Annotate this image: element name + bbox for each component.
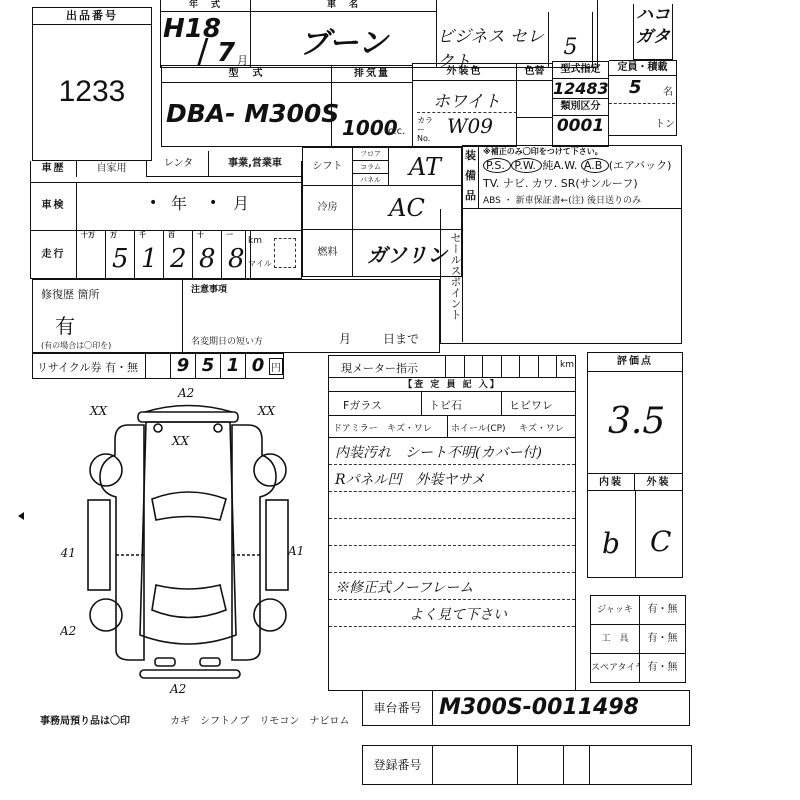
- office-label: 事務局預り品は〇印: [40, 712, 130, 727]
- capacity-label: 定員・積載: [609, 61, 676, 76]
- equipment-item: A.B: [581, 158, 609, 173]
- mileage-digit: 千1: [135, 230, 164, 279]
- category-label: 類別区分: [553, 98, 608, 116]
- remark-line: [329, 519, 575, 546]
- load-unit: トン: [655, 115, 675, 130]
- recycle-label: リサイクル券 有・無: [37, 359, 138, 375]
- shift-floor: フロア: [353, 148, 388, 161]
- recycle-unit: 円: [269, 358, 283, 375]
- model-type-label: 型 式: [162, 66, 331, 83]
- color-no: W09: [447, 114, 493, 138]
- mileage-digit: 万5: [106, 230, 135, 279]
- mileage-digit: 百2: [164, 230, 193, 279]
- inspector-block: 現メーター指示 km 【査 定 員 記 入】 Fガラス トビ石 ヒビワレ ドアミ…: [328, 355, 576, 691]
- remarks-list: 内装汚れ シート不明(カバー付)Rパネル凹 外装ヤサメ※修正式ノーフレームよく見…: [329, 438, 575, 627]
- body-type: ハコガタ: [633, 4, 673, 60]
- chassis-row: 車台番号 M300S-0011498: [362, 690, 690, 726]
- year-value: H18: [163, 14, 221, 44]
- displacement-label: 排気量: [332, 66, 412, 83]
- type-designation: 12483: [553, 79, 608, 98]
- equipment-item: (エアバック): [609, 159, 672, 172]
- unit-mile: マイル: [248, 258, 272, 269]
- mileage-digits: 十万万5千1百2十8一8: [77, 230, 251, 279]
- car-diagram: A2 XX XX XX A41 A1 A2 A2: [60, 385, 320, 700]
- repair-note: (有の場合は〇印を): [41, 340, 111, 351]
- meter-label: 現メーター指示: [341, 360, 418, 376]
- glass-label: Fガラス: [343, 397, 382, 413]
- displacement-unit: c.c.: [388, 126, 405, 137]
- ac-label: 冷房: [303, 186, 353, 230]
- color-no-label: カラーNo.: [417, 116, 435, 143]
- doors: 5: [549, 12, 593, 68]
- glass-chip: トビ石: [429, 397, 462, 413]
- car-name-label: 車 名: [251, 0, 437, 12]
- shift-block: シフト フロア コラム パネル AT 冷房 AC 燃料 ガソリン: [302, 147, 462, 277]
- model-type-value: DBA- M300S: [166, 99, 331, 128]
- mark-front-right: XX: [257, 404, 276, 418]
- shift-panel: パネル: [353, 174, 388, 186]
- shift-column: コラム: [353, 161, 388, 174]
- equipment-row-3: ABS ・ 新車保証書←(注) 後日送りのみ: [483, 193, 641, 206]
- unit-km: km: [248, 236, 262, 246]
- repair-value: 有: [55, 310, 75, 339]
- color-label: 外装色: [413, 64, 516, 81]
- interior-label: 内装: [588, 474, 635, 491]
- recycle-digits: 9510: [145, 354, 270, 378]
- registration-expiry-label: 名変期日の短い方: [191, 334, 263, 347]
- equipment-block: 装備品 ※補正のみ〇印をつけて下さい。 P.S. P.W. 純A.W. A.B …: [462, 145, 682, 209]
- color-change-cell: 色替: [517, 63, 552, 118]
- equipment-item: P.S.: [483, 158, 511, 173]
- history-private: 自家用: [77, 161, 147, 177]
- accessory-row: スペアタイヤ有・無: [591, 654, 685, 682]
- lot-label: 出品番号: [33, 8, 151, 25]
- color-cell: 外装色 ホワイト カラーNo. W09: [412, 63, 517, 147]
- mark-rear-left: A2: [60, 624, 76, 638]
- color-change-label: 色替: [517, 64, 552, 81]
- registration-row: 登録番号: [362, 745, 692, 785]
- capacity-cell: 定員・積載 5 名 トン: [609, 60, 677, 136]
- equipment-item: 純A.W.: [542, 159, 580, 172]
- mark-rear: A2: [169, 682, 186, 696]
- glass-crack: ヒビワレ: [509, 397, 553, 413]
- accessory-row: 工 具有・無: [591, 625, 685, 654]
- recycle-row: リサイクル券 有・無 9510 円: [32, 353, 284, 379]
- history-label: 車歴: [31, 161, 77, 177]
- fuel-label: 燃料: [303, 230, 353, 276]
- repair-label: 修復歴 箇所: [41, 286, 100, 302]
- mirror-label: ドアミラー: [333, 421, 378, 434]
- equipment-row-2: TV. ナビ. カワ. SR(サンルーフ): [483, 175, 638, 191]
- mark-right-side: A1: [287, 544, 304, 558]
- remark-line: 内装汚れ シート不明(カバー付): [329, 438, 575, 465]
- notes-label: 注意事項: [191, 282, 227, 295]
- recycle-digit: 9: [170, 354, 195, 378]
- capacity: 5: [629, 77, 642, 98]
- repair-notes-block: 修復歴 箇所 有 (有の場合は〇印を) 注意事項 名変期日の短い方 月 日まで: [32, 279, 440, 353]
- equipment-row-1: P.S. P.W. 純A.W. A.B (エアバック): [483, 157, 671, 173]
- sales-point-block: セールスポイント: [440, 209, 682, 344]
- model-cell: 型 式 DBA- M300S: [161, 65, 332, 147]
- mileage-digit: 十8: [193, 230, 222, 279]
- year-cell: H18 / 7 月: [161, 12, 251, 68]
- exterior-label: 外装: [635, 474, 682, 491]
- notes-month-unit: 月: [339, 330, 351, 347]
- remark-line: ※修正式ノーフレーム: [329, 573, 575, 600]
- inspection-year-unit: 年: [171, 191, 187, 214]
- wheel-label: ホイール(CP): [451, 421, 506, 434]
- capacity-unit: 名: [663, 83, 673, 98]
- accessory-row: ジャッキ有・無: [591, 596, 685, 625]
- equipment-label: 装備品: [463, 146, 479, 208]
- score-block: 評価点 3.5 内装 外装 b C: [587, 352, 683, 578]
- year-label: 年 式: [161, 0, 251, 12]
- mirror-options: キズ・ワレ: [387, 421, 432, 434]
- sales-point-label: セールスポイント: [441, 209, 463, 342]
- displacement-cell: 排気量 1000 c.c.: [332, 65, 412, 147]
- recycle-digit: [145, 354, 170, 378]
- remark-line: よく見て下さい: [329, 600, 575, 627]
- registration-label: 登録番号: [363, 746, 433, 784]
- meter-unit: km: [560, 360, 574, 370]
- history-rental: レンタ: [149, 151, 209, 177]
- inspection-month-unit: 月: [233, 191, 249, 214]
- chassis-value: M300S-0011498: [439, 695, 639, 720]
- mileage-label: 走行: [31, 230, 77, 279]
- mark-hood: XX: [171, 434, 190, 448]
- history-block: 車歴 自家用 レンタ 事業,営業車 車検 • 年 • 月 走行 十万万5千1百2…: [30, 161, 302, 279]
- recycle-digit: 5: [195, 354, 220, 378]
- mark-front-left: XX: [89, 404, 108, 418]
- equipment-note: ※補正のみ〇印をつけて下さい。: [483, 146, 603, 157]
- type-designation-label: 型式指定: [553, 62, 608, 79]
- inspection-label: 車検: [31, 182, 77, 230]
- top-row: 年 式 車 名 H18 / 7 月 ブーン ビジネス セレクト 5: [160, 0, 598, 68]
- chassis-label: 車台番号: [363, 691, 433, 725]
- month-value: 7: [217, 38, 235, 68]
- remark-line: [329, 492, 575, 519]
- interior-grade: b: [602, 527, 620, 560]
- inspector-title: 【査 定 員 記 入】: [329, 378, 575, 392]
- history-commercial: 事業,営業車: [209, 151, 301, 177]
- recycle-digit: 1: [220, 354, 245, 378]
- category: 0001: [553, 116, 608, 136]
- mark-front: A2: [177, 386, 194, 400]
- lot-box: 出品番号 1233: [32, 7, 152, 161]
- shift-value: AT: [389, 148, 461, 186]
- score-label: 評価点: [588, 353, 682, 372]
- exterior-grade: C: [650, 525, 671, 558]
- remark-line: [329, 546, 575, 573]
- notes-day-unit: 日まで: [383, 330, 419, 347]
- mark-left-side: A41: [60, 546, 76, 560]
- accessories-table: ジャッキ有・無工 具有・無スペアタイヤ有・無: [590, 595, 686, 683]
- remark-line: Rパネル凹 外装ヤサメ: [329, 465, 575, 492]
- score-value: 3.5: [608, 401, 665, 442]
- page-marker-icon: [18, 512, 24, 520]
- designation-cell: 型式指定 12483 類別区分 0001: [552, 61, 609, 147]
- mileage-digit: 十万: [77, 230, 106, 279]
- mileage-unit-cell: km マイル: [245, 230, 301, 279]
- office-items: カギ シフトノブ リモコン ナビロム: [170, 712, 349, 727]
- wheel-options: キズ・ワレ: [519, 421, 564, 434]
- lot-number: 1233: [33, 75, 151, 109]
- shift-label: シフト: [303, 148, 353, 186]
- car-name: ブーン: [251, 12, 437, 68]
- grade: ビジネス セレクト: [437, 12, 549, 68]
- recycle-digit: 0: [245, 354, 270, 378]
- color-value: ホワイト: [433, 87, 516, 112]
- equipment-item: P.W.: [511, 158, 542, 173]
